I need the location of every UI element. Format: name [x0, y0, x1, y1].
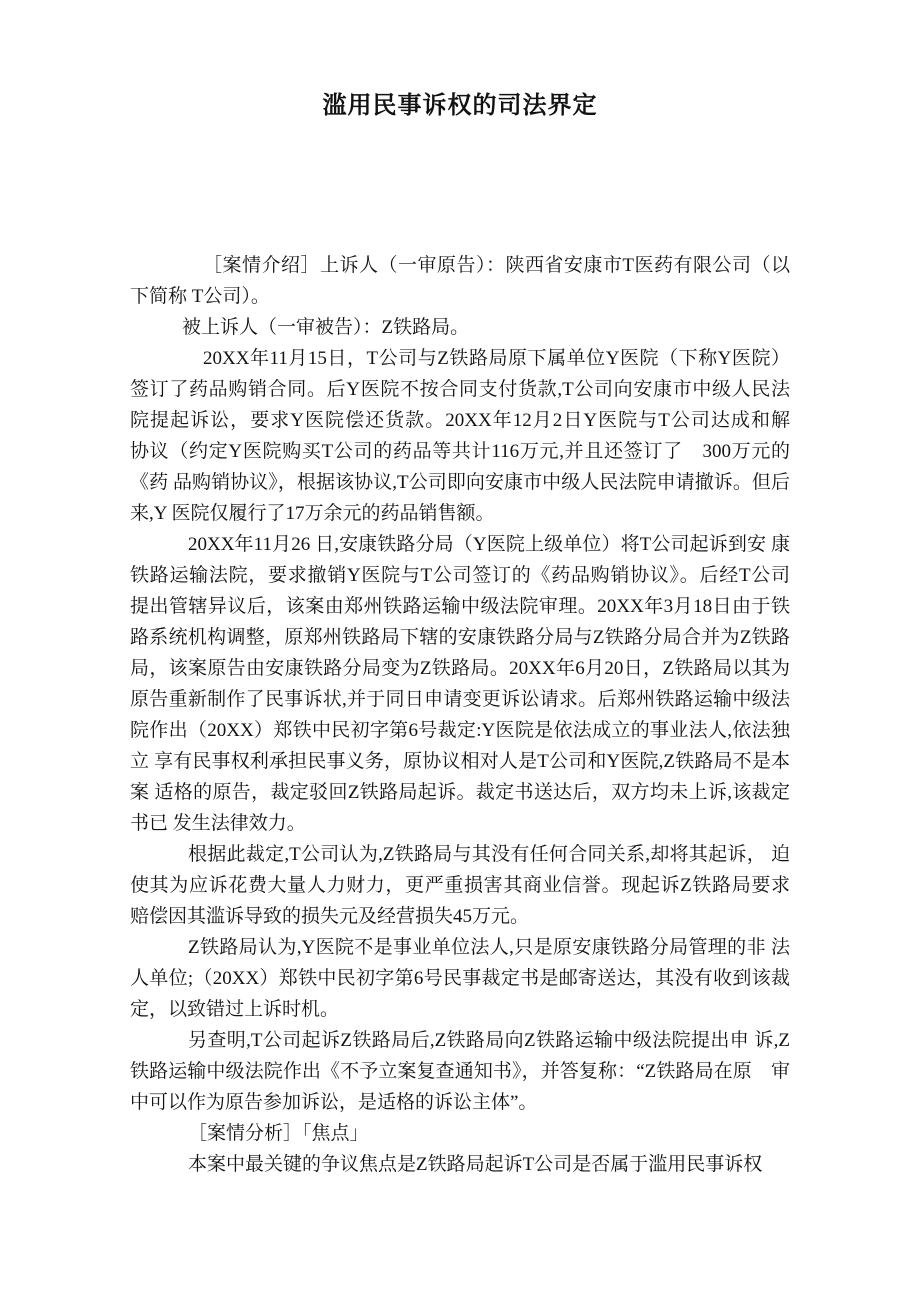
document-title: 滥用民事诉权的司法界定 [130, 0, 790, 122]
paragraph-lawsuit-history: 20XX年11月26 日,安康铁路分局（Y医院上级单位）将T公司起诉到安 康铁路… [130, 529, 790, 839]
paragraph-appellee: 被上诉人（一审被告）：Z铁路局。 [130, 312, 790, 343]
paragraph-analysis-heading: ［案情分析］「焦点」 [130, 1118, 790, 1149]
paragraph-z-railway-defense: Z铁路局认为,Y医院不是事业单位法人,只是原安康铁路分局管理的非 法人单位;（2… [130, 932, 790, 1025]
paragraph-additional-findings: 另查明,T公司起诉Z铁路局后,Z铁路局向Z铁路运输中级法院提出申 诉,Z铁路运输… [130, 1025, 790, 1118]
paragraph-case-intro-appellant: ［案情介绍］上诉人（一审原告）：陕西省安康市T医药有限公司（以下简称 T公司）。 [130, 250, 790, 312]
paragraph-contract-dispute-background: 20XX年11月15日，T公司与Z铁路局原下属单位Y医院（下称Y医院） 签订了药… [130, 343, 790, 529]
paragraph-dispute-focus: 本案中最关键的争议焦点是Z铁路局起诉T公司是否属于滥用民事诉权 [130, 1149, 790, 1180]
document-page: 滥用民事诉权的司法界定 ［案情介绍］上诉人（一审原告）：陕西省安康市T医药有限公… [0, 0, 920, 1302]
document-body: ［案情介绍］上诉人（一审原告）：陕西省安康市T医药有限公司（以下简称 T公司）。… [130, 250, 790, 1180]
paragraph-t-company-claim: 根据此裁定,T公司认为,Z铁路局与其没有任何合同关系,却将其起诉， 迫使其为应诉… [130, 839, 790, 932]
